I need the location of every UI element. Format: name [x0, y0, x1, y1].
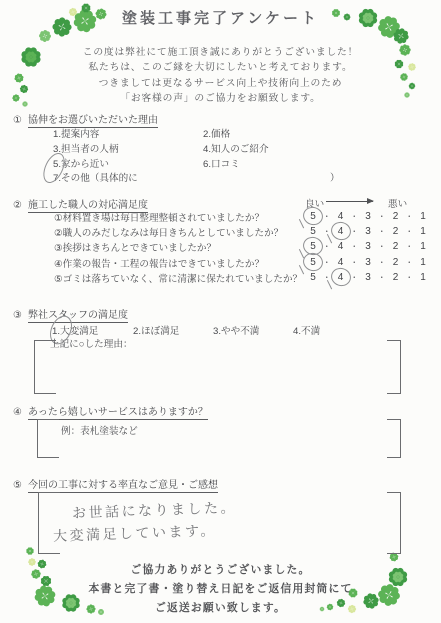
footer-line: 本書と完了書・塗り替え日記をご返信用封筒にて	[0, 580, 441, 599]
footer-line: ご返送お願い致します。	[0, 599, 441, 618]
rating-question-4: ④作業の報告・工程の報告はできていましたか？	[54, 256, 264, 270]
rating-scale-3: 5 ・ 4 ・ 3 ・ 2 ・ 1	[305, 240, 433, 253]
rating-question-1: ①材料置き場は毎日整理整頓されていましたか？	[54, 210, 264, 224]
q1-option-3: 3.担当者の人柄	[53, 141, 119, 155]
rating-scale-1: 5 ・ 4 ・ 3 ・ 2 ・ 1	[305, 210, 433, 223]
intro-line: つきましては更なるサービス向上や技術向上のため	[0, 76, 441, 91]
section-1-number: ①	[13, 115, 22, 126]
q3-option-2: 2.ほぼ満足	[133, 323, 179, 337]
handwritten-circle	[328, 220, 352, 243]
good-to-bad-arrow-icon	[326, 201, 373, 202]
footer-line: ご協力ありがとうございました。	[0, 561, 441, 580]
section-3-number: ③	[13, 310, 22, 321]
q4-example-hint: 例：表札塗装など	[61, 423, 138, 437]
rating-question-3: ③挨拶はきちんとできていましたか？	[54, 240, 216, 254]
q3-option-4: 4.不満	[293, 323, 320, 337]
q3-reason-box	[34, 340, 401, 394]
intro-text: この度は弊社にて施工頂き誠にありがとうございました！ 私たちは、このご縁を大切に…	[0, 45, 441, 107]
q1-option-1: 1.提案内容	[53, 126, 99, 140]
rating-question-2: ②職人のみだしなみは毎日きちんとしていましたか？	[54, 225, 283, 239]
rating-scale-5: 5 ・ 4 ・ 3 ・ 2 ・ 1	[305, 271, 433, 284]
intro-line: 「お客様の声」のご協力をお願致します。	[0, 91, 441, 106]
section-1-heading: ①協伸をお選びいただいた理由	[13, 111, 158, 126]
rating-scale-4: 5 ・ 4 ・ 3 ・ 2 ・ 1	[305, 256, 433, 269]
q5-comment-box: お世話になりました。 大変満足しています。	[38, 492, 401, 554]
handwritten-circle	[328, 266, 352, 289]
q1-option-7: 7.その他（具体的に	[53, 170, 138, 184]
section-2-number: ②	[13, 200, 22, 211]
intro-line: 私たちは、このご縁を大切にしたいと考えております。	[0, 60, 441, 75]
q1-option-6: 6.口コミ	[203, 156, 240, 170]
survey-title: 塗装工事完了アンケート	[0, 7, 441, 28]
q1-other-close-paren: ）	[330, 170, 340, 184]
section-5-number: ⑤	[13, 480, 22, 491]
intro-line: この度は弊社にて施工頂き誠にありがとうございました！	[0, 45, 441, 60]
handwritten-comment-line-2: 大変満足しています。	[53, 520, 217, 546]
section-4-heading: ④あったら嬉しいサービスはありますか？	[13, 403, 208, 418]
rating-selected: 4	[333, 271, 349, 284]
handwritten-comment-line-1: お世話になりました。	[72, 497, 238, 523]
rating-question-5: ⑤ゴミは落ちていなく、常に清潔に保たれていましたか？	[54, 271, 302, 285]
section-5-heading: ⑤今回の工事に対する率直なご意見・ご感想	[13, 476, 218, 491]
rating-selected: 4	[333, 225, 349, 238]
scale-bad-label: 悪い	[388, 196, 407, 210]
rating-selected: 5	[305, 240, 321, 253]
q1-option-2: 2.価格	[203, 126, 230, 140]
rating-scale-2: 5 ・ 4 ・ 3 ・ 2 ・ 1	[305, 225, 433, 238]
section-2-heading: ②施工した職人の対応満足度	[13, 196, 148, 211]
footer-text: ご協力ありがとうございました。 本書と完了書・塗り替え日記をご返信用封筒にて ご…	[0, 561, 441, 618]
q1-option-4: 4.知人のご紹介	[203, 141, 269, 155]
section-3-title: 弊社スタッフの満足度	[28, 310, 128, 323]
section-4-number: ④	[13, 407, 22, 418]
q3-option-3: 3.やや不満	[213, 323, 259, 337]
q4-answer-box: 例：表札塗装など	[37, 419, 401, 458]
rating-selected: 5	[305, 256, 321, 269]
handwritten-circle	[301, 251, 325, 274]
survey-page: 塗装工事完了アンケート この度は弊社にて施工頂き誠にありがとうございました！ 私…	[0, 0, 441, 623]
rating-selected: 5	[305, 210, 321, 223]
